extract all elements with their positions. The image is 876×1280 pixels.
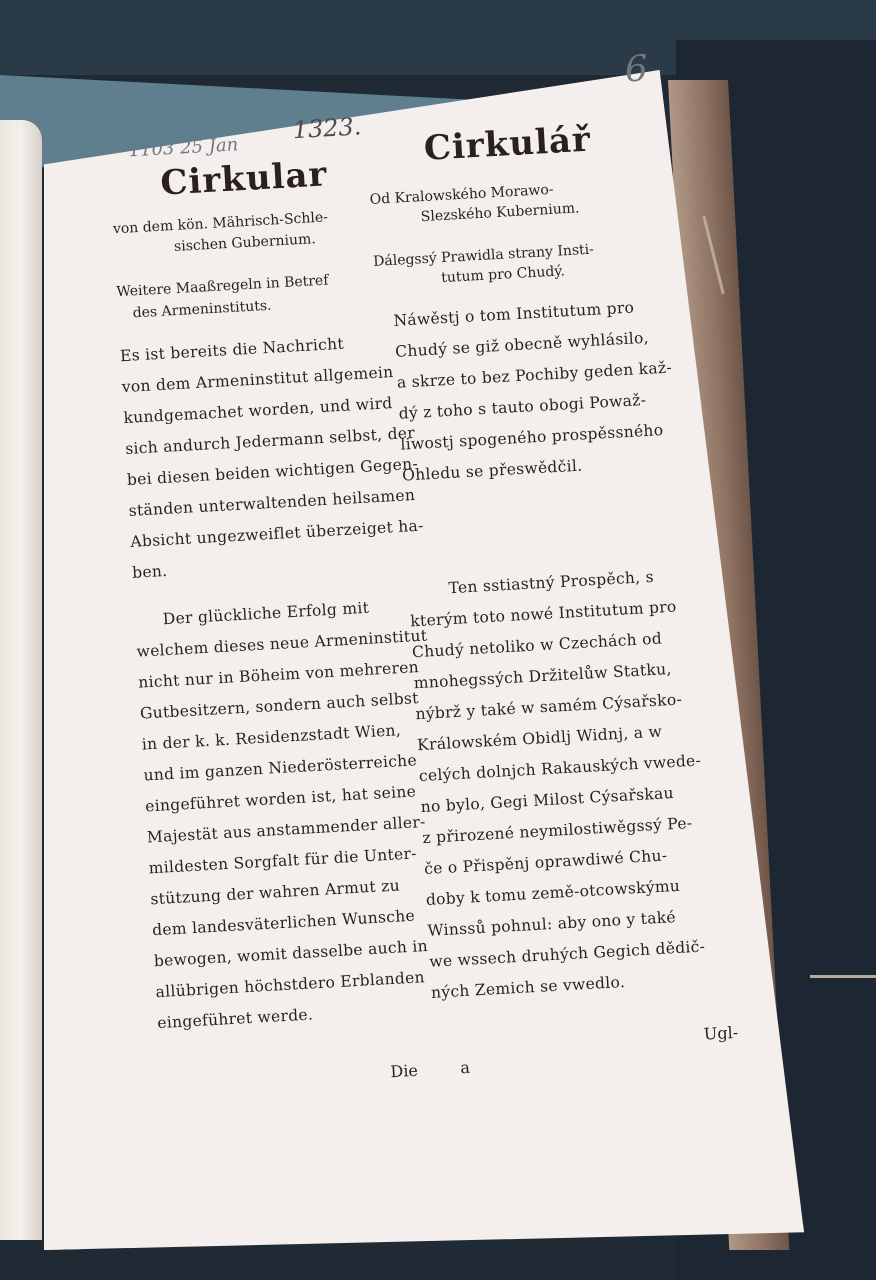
- czech-issuer-2: Slezského Kubernium.: [420, 200, 580, 225]
- signature-mark: a: [460, 1058, 471, 1078]
- german-catchword: Die: [390, 1061, 418, 1082]
- german-subject-2: des Armeninstituts.: [132, 298, 272, 322]
- german-paragraph-1: Es ist bereits die Nachricht von dem Arm…: [119, 324, 432, 588]
- handwritten-mark: 6: [624, 48, 649, 90]
- page-number: 23.: [549, 61, 572, 78]
- czech-title: Cirkulář: [423, 120, 592, 169]
- german-subject-1: Weitere Maaßregeln in Betref: [116, 272, 329, 300]
- czech-catchword: Ugl-: [703, 1023, 738, 1044]
- left-page-edge: [0, 120, 42, 1240]
- handwritten-number: 1323.: [292, 112, 362, 144]
- page-content: 1103 25 Jan 1323. 23. 6 Cirkular Cirkulá…: [44, 28, 869, 1249]
- czech-subject-2: tutum pro Chudý.: [441, 263, 565, 286]
- czech-paragraph-1: Náwěstj o tom Institutum pro Chudý se gi…: [393, 287, 733, 491]
- german-paragraph-2: Der glückliche Erfolg mit welchem dieses…: [134, 589, 458, 1039]
- german-issuer-2: sischen Gubernium.: [174, 231, 317, 255]
- czech-paragraph-2: Ten sstiastný Prospěch, s kterým toto no…: [408, 557, 762, 1009]
- german-title: Cirkular: [159, 154, 328, 203]
- handwritten-note: 1103 25 Jan: [128, 134, 239, 161]
